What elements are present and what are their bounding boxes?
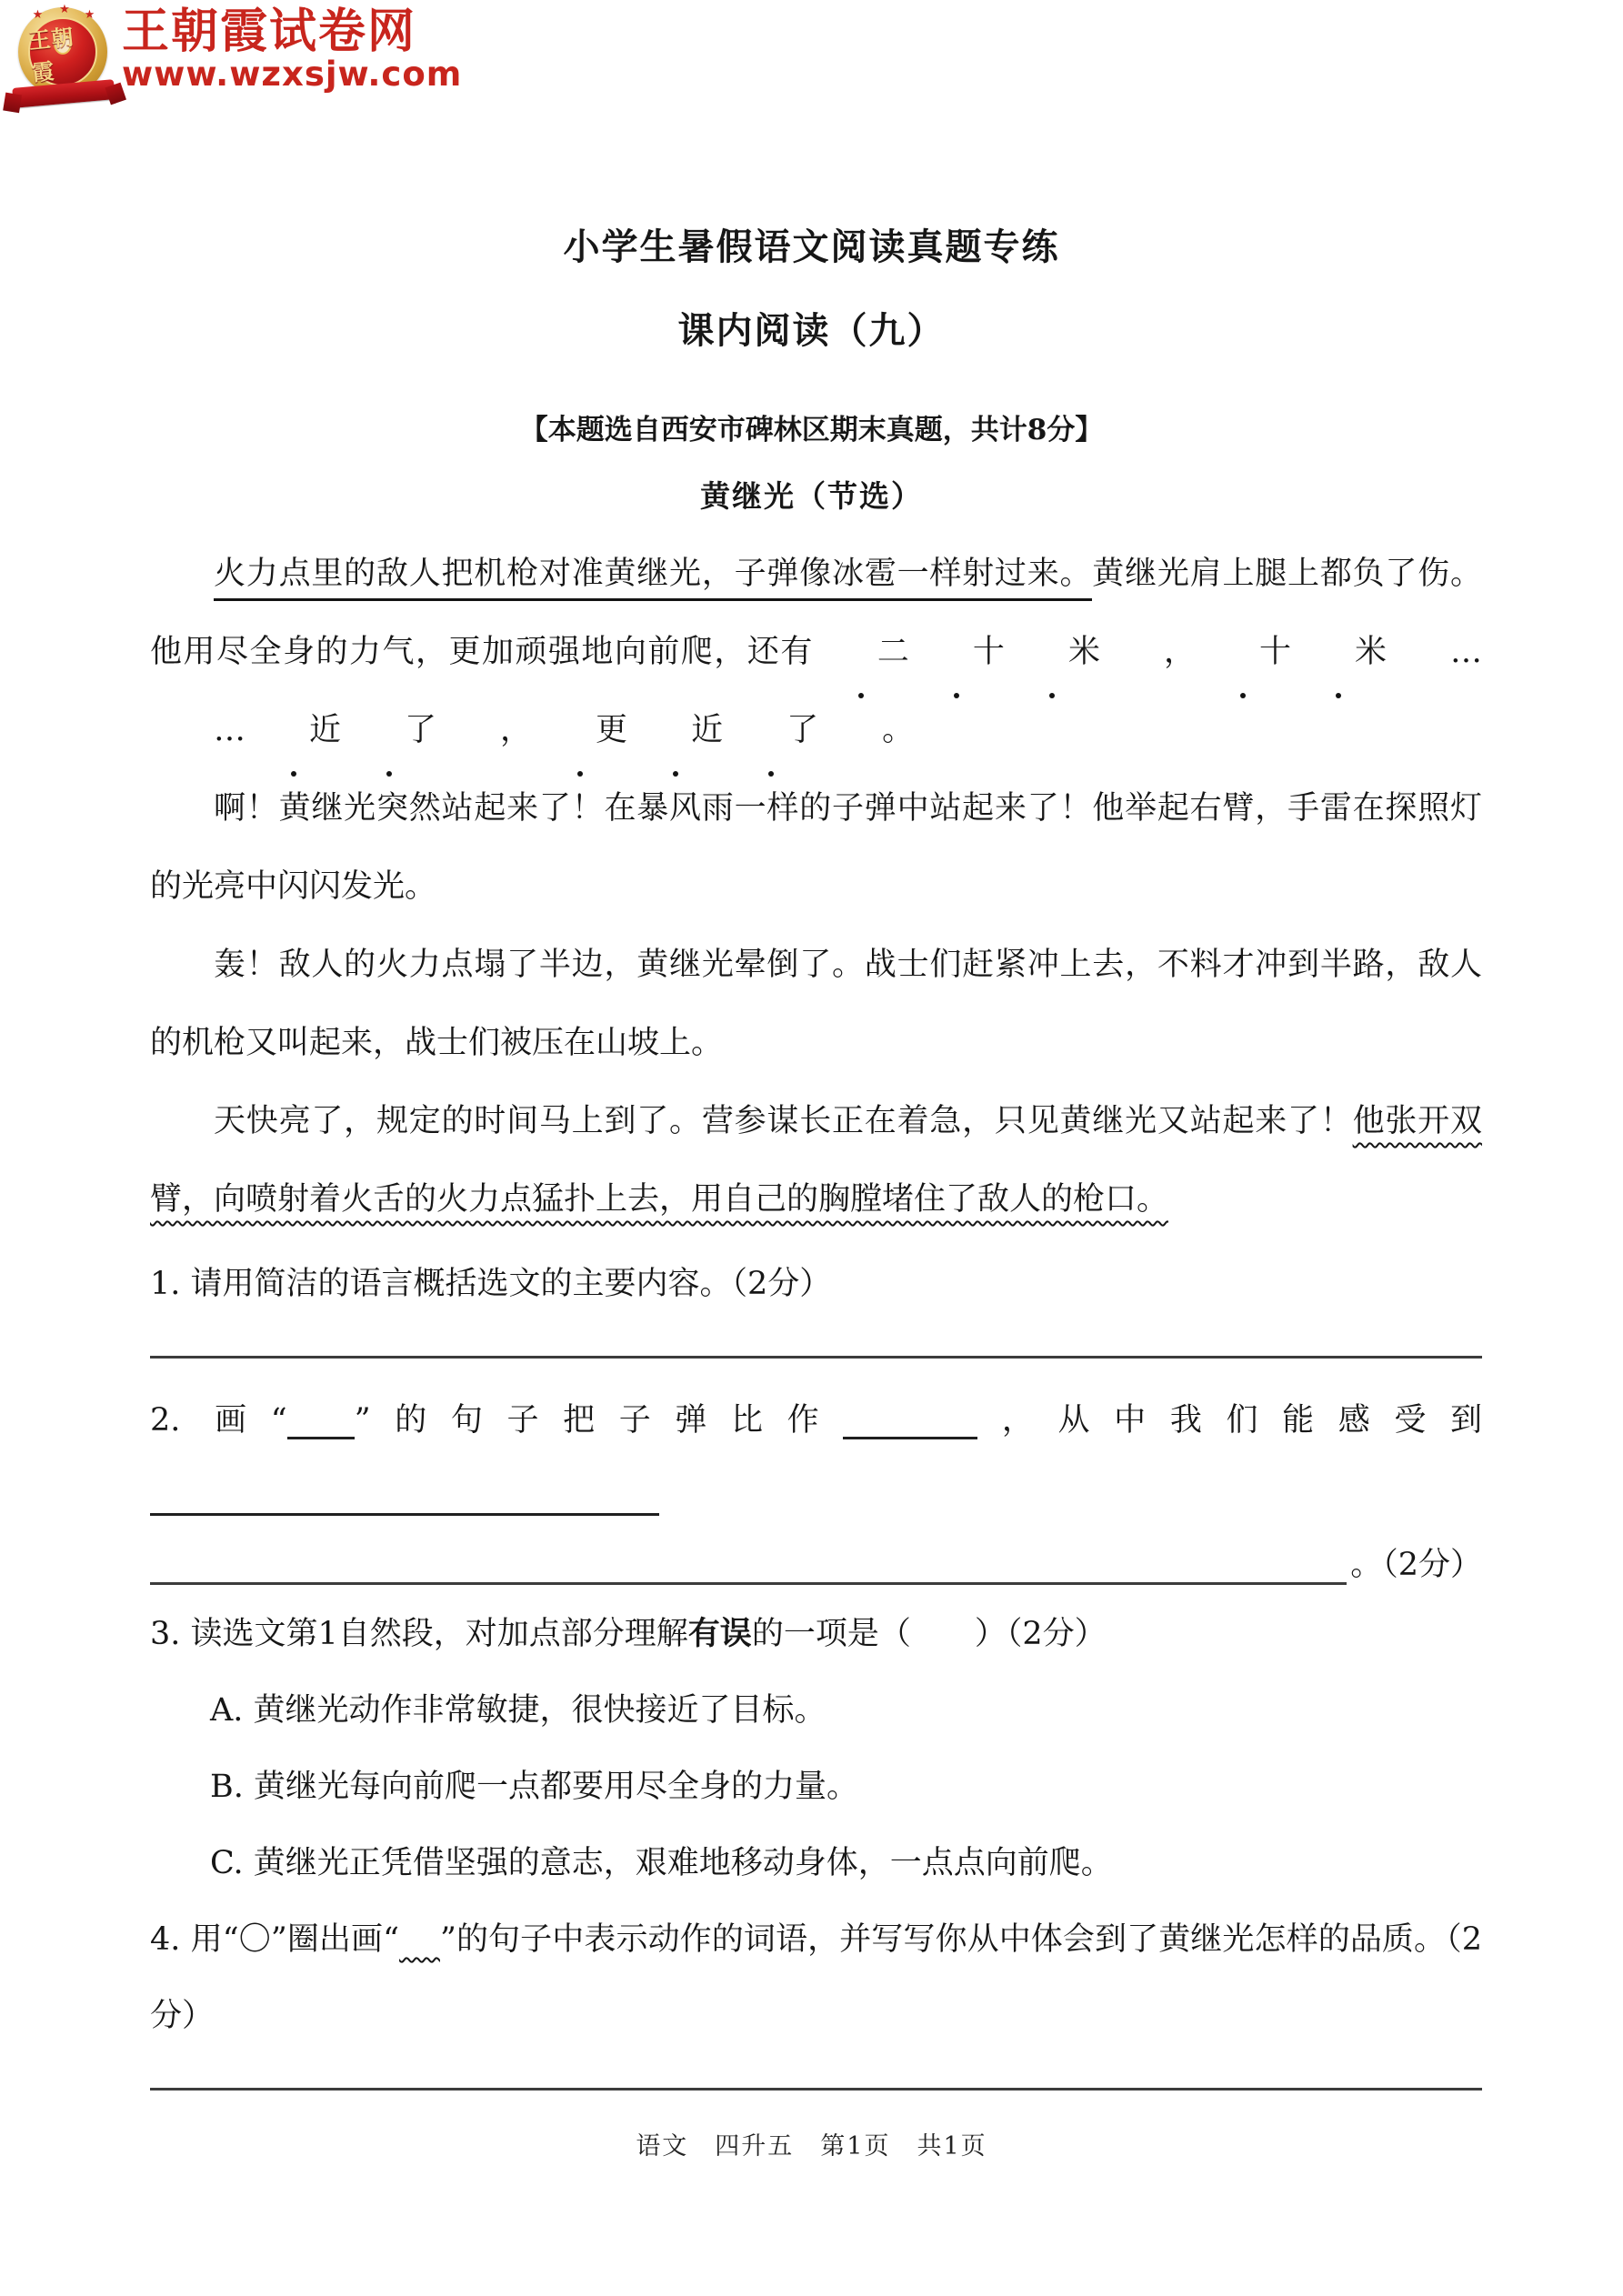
medal-ribbon	[12, 79, 115, 108]
passage-paragraph-3: 轰！敌人的火力点塌了半边，黄继光晕倒了。战士们赶紧冲上去，不料才冲到半路，敌人的…	[150, 926, 1482, 1082]
text-run: 的一项是（ ）（2分）	[752, 1616, 1107, 1652]
option-2: B. 黄继光每向前爬一点都要用尽全身的力量。	[150, 1749, 1482, 1825]
text-run: 2. 画“	[150, 1402, 287, 1439]
text-run: B. 黄继光每向前爬一点都要用尽全身的力量。	[210, 1769, 858, 1805]
bold-term: 有误	[688, 1615, 752, 1652]
text-run: 1. 请用简洁的语言概括选文的主要内容。（2分）	[150, 1266, 831, 1302]
passage-paragraph-1: 火力点里的敌人把机枪对准黄继光，子弹像冰雹一样射过来。黄继光肩上腿上都负了伤。他…	[150, 535, 1482, 769]
inline-answer-blank-short	[287, 1405, 355, 1439]
star-icon: ★	[59, 4, 70, 15]
page-footer: 语文 四升五 第1页 共1页	[0, 2129, 1623, 2165]
answer-blank-line	[150, 1322, 1482, 1359]
star-icon: ★	[33, 9, 44, 21]
text-run: 轰！敌人的火力点塌了半边，黄继光晕倒了。战士们赶紧冲上去，不料才冲到半路，敌人的…	[150, 947, 1482, 1061]
site-name: 王朝霞试卷网	[122, 7, 462, 56]
brand-medal-icon: ★ ★ ★ 王朝霞	[18, 7, 107, 96]
option-1: A. 黄继光动作非常敏捷，很快接近了目标。	[150, 1672, 1482, 1749]
question-2: 2. 画“”的句子把子弹比作，从中我们能感受到	[150, 1382, 1482, 1535]
question-1: 1. 请用简洁的语言概括选文的主要内容。（2分）	[150, 1246, 1482, 1322]
text-run: 3. 读选文第1自然段，对加点部分理解	[150, 1616, 688, 1652]
score-suffix: 。（2分）	[1347, 1545, 1482, 1585]
text-run: ”的句子把子弹比作	[355, 1402, 844, 1439]
page-title: 小学生暑假语文阅读真题专练	[0, 226, 1623, 269]
text-run: 天快亮了，规定的时间马上到了。营参谋长正在着急，只见黄继光又站起来了！	[214, 1103, 1353, 1139]
worksheet-page: ★ ★ ★ 王朝霞 王朝霞试卷网 www.wzxsjw.com 小学生暑假语文阅…	[0, 0, 1623, 2296]
brand-text: 王朝霞试卷网 www.wzxsjw.com	[122, 7, 462, 93]
text-run: 啊！黄继光突然站起来了！在暴风雨一样的子弹中站起来了！他举起右臂，手雷在探照灯的…	[150, 790, 1482, 905]
text-run: A. 黄继光动作非常敏捷，很快接近了目标。	[210, 1692, 827, 1729]
site-url: www.wzxsjw.com	[122, 56, 462, 93]
inline-answer-blank-long	[150, 1481, 659, 1516]
answer-blank-line	[150, 1535, 1347, 1585]
reading-passage: 火力点里的敌人把机枪对准黄继光，子弹像冰雹一样射过来。黄继光肩上腿上都负了伤。他…	[150, 535, 1482, 1238]
page-subtitle: 课内阅读（九）	[0, 309, 1623, 353]
passage-paragraph-4: 天快亮了，规定的时间马上到了。营参谋长正在着急，只见黄继光又站起来了！他张开双臂…	[150, 1082, 1482, 1238]
site-logo: ★ ★ ★ 王朝霞 王朝霞试卷网 www.wzxsjw.com	[18, 7, 462, 96]
option-3: C. 黄继光正凭借坚强的意志，艰难地移动身体，一点点向前爬。	[150, 1825, 1482, 1901]
medal-calligraphy: 王朝霞	[27, 16, 99, 86]
question-4: 4. 用“〇”圈出画“ ”的句子中表示动作的词语，并写写你从中体会到了黄继光怎样…	[150, 1901, 1482, 2054]
text-run: C. 黄继光正凭借坚强的意志，艰难地移动身体，一点点向前爬。	[210, 1845, 1113, 1881]
source-note: 【本题选自西安市碑林区期末真题，共计8分】	[145, 413, 1478, 447]
text-run: 4. 用“〇”圈出画“	[150, 1921, 399, 1958]
answer-blank-row: 。（2分）	[150, 1535, 1482, 1585]
underlined-sentence: 火力点里的敌人把机枪对准黄继光，子弹像冰雹一样射过来。	[214, 556, 1092, 601]
text-run: ，从中我们能感受到	[977, 1402, 1482, 1439]
question-section: 1. 请用简洁的语言概括选文的主要内容。（2分）2. 画“”的句子把子弹比作，从…	[150, 1246, 1482, 2090]
passage-title: 黄继光（节选）	[145, 478, 1478, 515]
medal-center: 王朝霞	[28, 17, 97, 86]
wavy-inline-answer-blank	[399, 1921, 440, 1958]
inline-answer-blank-medium	[843, 1405, 977, 1439]
question-3: 3. 读选文第1自然段，对加点部分理解有误的一项是（ ）（2分）	[150, 1596, 1482, 1672]
answer-blank-line	[150, 2054, 1482, 2090]
passage-paragraph-2: 啊！黄继光突然站起来了！在暴风雨一样的子弹中站起来了！他举起右臂，手雷在探照灯的…	[150, 769, 1482, 926]
